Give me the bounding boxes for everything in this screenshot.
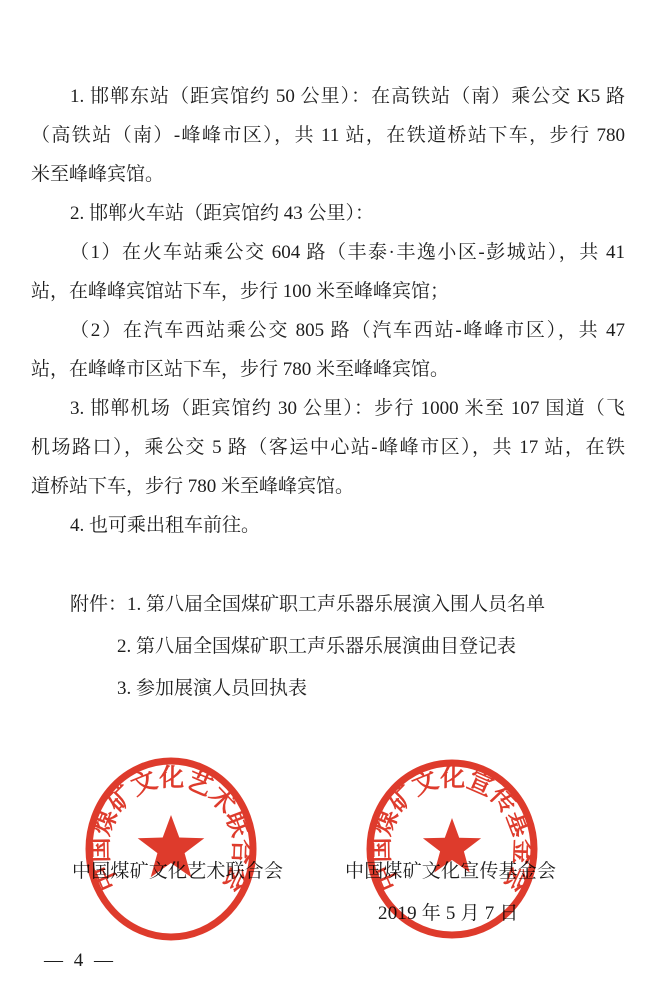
attachment-item: 3. 参加展演人员回执表 bbox=[31, 668, 625, 710]
body-line: 米至峰峰宾馆。 bbox=[31, 155, 625, 194]
attachments-label: 附件： bbox=[70, 594, 127, 615]
body-text: 1. 邯郸东站（距宾馆约 50 公里）：在高铁站（南）乘公交 K5 路 （高铁站… bbox=[31, 77, 625, 545]
attachment-item: 2. 第八届全国煤矿职工声乐器乐展演曲目登记表 bbox=[31, 626, 625, 668]
seal-ring bbox=[89, 761, 253, 937]
body-line: 机场路口），乘公交 5 路（客运中心站-峰峰市区），共 17 站，在铁 bbox=[31, 428, 625, 467]
body-line: 3. 邯郸机场（距宾馆约 30 公里）：步行 1000 米至 107 国道（飞 bbox=[31, 389, 625, 428]
body-line: 站，在峰峰市区站下车，步行 780 米至峰峰宾馆。 bbox=[31, 350, 625, 389]
body-line: （高铁站（南）-峰峰市区），共 11 站，在铁道桥站下车，步行 780 bbox=[31, 116, 625, 155]
body-line: （2）在汽车西站乘公交 805 路（汽车西站-峰峰市区），共 47 bbox=[31, 311, 625, 350]
attachments-section: 附件：1. 第八届全国煤矿职工声乐器乐展演入围人员名单 2. 第八届全国煤矿职工… bbox=[31, 584, 625, 710]
body-line: （1）在火车站乘公交 604 路（丰泰·丰逸小区-彭城站），共 41 bbox=[31, 233, 625, 272]
signature-org-left: 中国煤矿文化艺术联合会 bbox=[72, 856, 283, 883]
attachment-line: 附件：1. 第八届全国煤矿职工声乐器乐展演入围人员名单 bbox=[31, 584, 625, 626]
body-line: 2. 邯郸火车站（距宾馆约 43 公里）： bbox=[31, 194, 625, 233]
page-number: — 4 — bbox=[44, 950, 116, 972]
signature-org-right: 中国煤矿文化宣传基金会 bbox=[345, 856, 556, 883]
body-line: 道桥站下车，步行 780 米至峰峰宾馆。 bbox=[31, 467, 625, 506]
body-line: 4. 也可乘出租车前往。 bbox=[31, 506, 625, 545]
official-seal-left: 中国煤矿文化艺术联合会 bbox=[81, 754, 261, 944]
body-line: 站，在峰峰宾馆站下车，步行 100 米至峰峰宾馆； bbox=[31, 272, 625, 311]
document-page: 1. 邯郸东站（距宾馆约 50 公里）：在高铁站（南）乘公交 K5 路 （高铁站… bbox=[0, 0, 650, 994]
attachment-item: 1. 第八届全国煤矿职工声乐器乐展演入围人员名单 bbox=[127, 594, 545, 615]
signature-date: 2019 年 5 月 7 日 bbox=[378, 898, 519, 925]
body-line: 1. 邯郸东站（距宾馆约 50 公里）：在高铁站（南）乘公交 K5 路 bbox=[31, 77, 625, 116]
